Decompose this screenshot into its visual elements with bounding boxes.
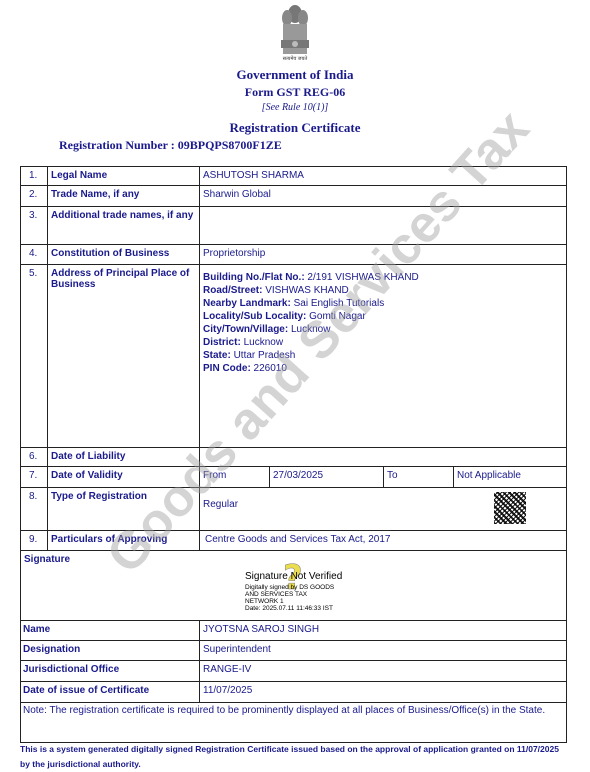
digital-signature-block: Signature Not Verified Digitally signed … xyxy=(245,571,342,612)
issue-date-value: 11/07/2025 xyxy=(200,682,567,703)
table-row: Date of issue of Certificate 11/07/2025 xyxy=(21,682,567,703)
jurisdictional-office-label: Jurisdictional Office xyxy=(21,661,200,682)
address-line: Road/Street: VISHWAS KHAND xyxy=(203,284,564,297)
emblem-motto: सत्यमेव जयते xyxy=(270,56,320,62)
row-number: 6. xyxy=(21,448,48,467)
row-label: Trade Name, if any xyxy=(48,186,200,207)
government-title: Government of India xyxy=(0,67,590,83)
additional-trade-names-value xyxy=(200,207,567,245)
table-row: 4. Constitution of Business Proprietorsh… xyxy=(21,245,567,265)
designation-value: Superintendent xyxy=(200,641,567,661)
validity-to-value: Not Applicable xyxy=(454,467,567,488)
constitution-value: Proprietorship xyxy=(200,245,567,265)
table-row: 2. Trade Name, if any Sharwin Global xyxy=(21,186,567,207)
signature-row: Signature ? Signature Not Verified Digit… xyxy=(21,551,567,621)
row-label: Date of Validity xyxy=(48,467,200,488)
table-row: Name JYOTSNA SAROJ SINGH xyxy=(21,621,567,641)
signature-details: Digitally signed by DS GOODS AND SERVICE… xyxy=(245,584,342,612)
rule-reference: [See Rule 10(1)] xyxy=(0,102,590,113)
table-row: 5. Address of Principal Place of Busines… xyxy=(21,265,567,448)
registration-type-cell: Regular xyxy=(200,488,567,531)
officer-name-value: JYOTSNA SAROJ SINGH xyxy=(200,621,567,641)
validity-to-label: To xyxy=(384,467,454,488)
address-line: Locality/Sub Locality: Gomti Nagar xyxy=(203,310,564,323)
officer-name-label: Name xyxy=(21,621,200,641)
address-line: PIN Code: 226010 xyxy=(203,362,564,375)
row-label: Legal Name xyxy=(48,167,200,186)
address-line: Nearby Landmark: Sai English Tutorials xyxy=(203,297,564,310)
jurisdictional-office-value: RANGE-IV xyxy=(200,661,567,682)
row-number: 7. xyxy=(21,467,48,488)
note-text: Note: The registration certificate is re… xyxy=(21,703,567,743)
legal-name-value: ASHUTOSH SHARMA xyxy=(200,167,567,186)
address-line: District: Lucknow xyxy=(203,336,564,349)
row-label: Constitution of Business xyxy=(48,245,200,265)
row-label: Date of Liability xyxy=(48,448,200,467)
signature-box: Signature ? Signature Not Verified Digit… xyxy=(21,551,567,621)
validity-from-value: 27/03/2025 xyxy=(270,467,384,488)
validity-from-label: From xyxy=(200,467,270,488)
qr-code-icon xyxy=(494,492,526,524)
date-of-liability-value xyxy=(200,448,567,467)
address-value: Building No./Flat No.: 2/191 VISHWAS KHA… xyxy=(200,265,567,448)
row-number: 1. xyxy=(21,167,48,186)
row-number: 3. xyxy=(21,207,48,245)
table-row: 7. Date of Validity From 27/03/2025 To N… xyxy=(21,467,567,488)
row-number: 2. xyxy=(21,186,48,207)
address-line: City/Town/Village: Lucknow xyxy=(203,323,564,336)
row-label: Additional trade names, if any xyxy=(48,207,200,245)
national-emblem-icon xyxy=(277,2,313,60)
table-row: Jurisdictional Office RANGE-IV xyxy=(21,661,567,682)
form-title: Form GST REG-06 xyxy=(0,85,590,100)
row-number: 8. xyxy=(21,488,48,531)
row-label: Particulars of Approving xyxy=(48,531,200,551)
approving-act-value: Centre Goods and Services Tax Act, 2017 xyxy=(200,531,567,551)
table-row: 1. Legal Name ASHUTOSH SHARMA xyxy=(21,167,567,186)
row-label: Type of Registration xyxy=(48,488,200,531)
row-label: Address of Principal Place of Business xyxy=(48,265,200,448)
issue-date-label: Date of issue of Certificate xyxy=(21,682,200,703)
registration-details-table: 1. Legal Name ASHUTOSH SHARMA 2. Trade N… xyxy=(20,166,567,743)
signature-status: Signature Not Verified xyxy=(245,571,342,582)
trade-name-value: Sharwin Global xyxy=(200,186,567,207)
row-number: 5. xyxy=(21,265,48,448)
address-line: State: Uttar Pradesh xyxy=(203,349,564,362)
table-row: 9. Particulars of Approving Centre Goods… xyxy=(21,531,567,551)
table-row: 6. Date of Liability xyxy=(21,448,567,467)
note-row: Note: The registration certificate is re… xyxy=(21,703,567,743)
designation-label: Designation xyxy=(21,641,200,661)
table-row: 3. Additional trade names, if any xyxy=(21,207,567,245)
table-row: Designation Superintendent xyxy=(21,641,567,661)
registration-number: Registration Number : 09BPQPS8700F1ZE xyxy=(59,138,282,153)
address-line: Building No./Flat No.: 2/191 VISHWAS KHA… xyxy=(203,271,564,284)
row-number: 4. xyxy=(21,245,48,265)
row-number: 9. xyxy=(21,531,48,551)
registration-type-value: Regular xyxy=(203,499,238,510)
certificate-title: Registration Certificate xyxy=(0,120,590,136)
table-row: 8. Type of Registration Regular xyxy=(21,488,567,531)
footer-statement: This is a system generated digitally sig… xyxy=(20,742,570,772)
